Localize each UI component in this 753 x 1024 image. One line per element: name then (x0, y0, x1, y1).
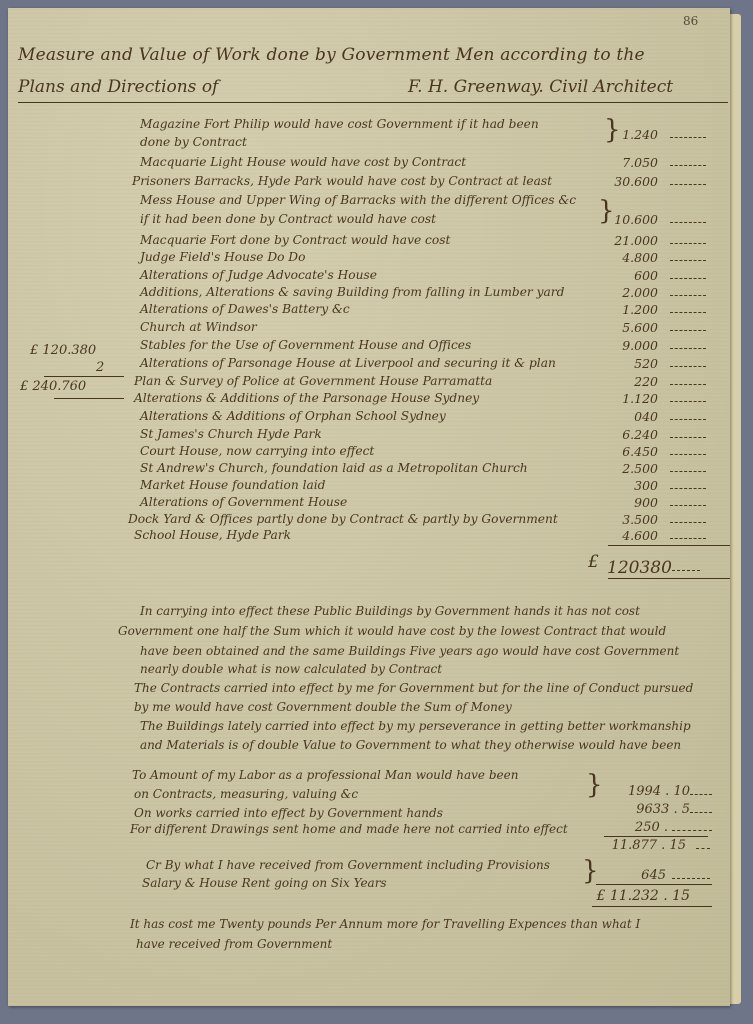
work-item: Alterations of Government House (140, 495, 347, 509)
dash-rule (670, 137, 706, 139)
currency-symbol: £ (588, 552, 599, 572)
total-underline (608, 578, 730, 579)
work-value: 30.600 (580, 174, 658, 189)
work-value: 040 (580, 409, 658, 424)
work-item: St Andrew's Church, foundation laid as a… (140, 461, 528, 475)
works-total: 120380 (607, 558, 672, 578)
margin-multiplier: 2 (96, 360, 104, 375)
work-value: 4.800 (580, 250, 658, 265)
dash-rule (670, 366, 706, 368)
dash-rule (670, 488, 706, 490)
dash-rule (670, 454, 706, 456)
dash-rule (670, 471, 706, 473)
dash-rule (670, 330, 706, 332)
work-value: 6.240 (580, 427, 658, 442)
brace: } (582, 856, 599, 886)
dash-rule (670, 538, 706, 540)
document-title-line1: Measure and Value of Work done by Govern… (18, 45, 645, 65)
credit-entry-continued: Salary & House Rent going on Six Years (142, 876, 387, 890)
credit-entry: Cr By what I have received from Governme… (146, 858, 550, 872)
subtotal-rule (604, 836, 708, 837)
footer-note-line2: have received from Government (136, 937, 332, 951)
narrative-line: nearly double what is now calculated by … (140, 660, 442, 679)
narrative-line: have been obtained and the same Building… (140, 642, 679, 661)
credit-value: 645 (600, 868, 666, 883)
dash-rule (670, 312, 706, 314)
work-value: 1.240 (580, 127, 658, 142)
account-subtotal: 11.877 . 15 (600, 838, 686, 853)
work-value: 10.600 (580, 212, 658, 227)
account-value: 9633 . 5 (600, 802, 690, 817)
work-item: Alterations of Dawes's Battery &c (140, 302, 350, 316)
account-entry-continued: on Contracts, measuring, valuing &c (134, 787, 358, 801)
dash-rule (670, 278, 706, 280)
dash-rule (670, 522, 706, 524)
footer-note-line1: It has cost me Twenty pounds Per Annum m… (130, 917, 640, 931)
dash-rule (670, 505, 706, 507)
margin-underline (54, 398, 124, 399)
dash-rule (670, 260, 706, 262)
narrative-line: In carrying into effect these Public Bui… (140, 602, 640, 621)
work-item: St James's Church Hyde Park (140, 427, 322, 441)
dash-rule (696, 848, 710, 850)
dash-rule (670, 222, 706, 224)
work-value: 300 (580, 478, 658, 493)
work-value: 520 (580, 356, 658, 371)
work-item: Dock Yard & Offices partly done by Contr… (128, 512, 558, 526)
work-value: 5.600 (580, 320, 658, 335)
work-item: Alterations of Judge Advocate's House (140, 268, 377, 282)
dash-rule (670, 348, 706, 350)
title-underline (18, 102, 728, 103)
balance-underline (592, 906, 712, 907)
work-item: Alterations & Additions of Orphan School… (140, 409, 446, 423)
dash-rule (670, 184, 706, 186)
work-item: Magazine Fort Philip would have cost Gov… (140, 117, 539, 131)
dash-rule (670, 384, 706, 386)
dash-rule (670, 165, 706, 167)
dash-rule (690, 812, 712, 814)
balance-rule (596, 884, 712, 885)
margin-sum: £ 120.380 (30, 343, 96, 358)
work-item: Plan & Survey of Police at Government Ho… (134, 374, 492, 388)
work-item: Church at Windsor (140, 320, 257, 334)
work-item: Market House foundation laid (140, 478, 325, 492)
dash-rule (670, 295, 706, 297)
dash-rule (690, 794, 712, 796)
work-item: Stables for the Use of Government House … (140, 338, 471, 352)
work-value: 21.000 (580, 233, 658, 248)
dash-rule (670, 243, 706, 245)
account-entry: To Amount of my Labor as a professional … (132, 768, 518, 782)
work-item: Alterations of Parsonage House at Liverp… (140, 356, 556, 370)
work-value: 1.120 (580, 391, 658, 406)
work-item-continued: if it had been done by Contract would ha… (140, 212, 436, 226)
margin-result: £ 240.760 (20, 379, 86, 394)
work-value: 9.000 (580, 338, 658, 353)
work-value: 7.050 (580, 155, 658, 170)
work-item: Macquarie Light House would have cost by… (140, 155, 466, 169)
narrative-line: by me would have cost Government double … (134, 698, 512, 717)
work-value: 3.500 (580, 512, 658, 527)
account-entry: On works carried into effect by Governme… (134, 806, 443, 820)
dash-rule (670, 437, 706, 439)
work-value: 220 (580, 374, 658, 389)
work-value: 600 (580, 268, 658, 283)
document-title-line2: Plans and Directions of (18, 77, 218, 97)
work-item: Judge Field's House Do Do (140, 250, 305, 264)
dash-rule (672, 570, 700, 572)
work-item: Additions, Alterations & saving Building… (140, 285, 564, 299)
account-entry: For different Drawings sent home and mad… (130, 822, 568, 836)
work-value: 6.450 (580, 444, 658, 459)
dash-rule (672, 878, 710, 880)
work-value: 900 (580, 495, 658, 510)
work-item: Alterations & Additions of the Parsonage… (134, 391, 479, 405)
dash-rule (670, 401, 706, 403)
work-item-continued: done by Contract (140, 135, 247, 149)
work-value: 2.500 (580, 461, 658, 476)
work-item: School House, Hyde Park (134, 528, 291, 542)
dash-rule (672, 830, 712, 832)
account-balance: £ 11.232 . 15 (586, 888, 690, 904)
account-value: 250 . (600, 820, 668, 835)
account-value: 1994 . 10 (600, 784, 690, 799)
work-item: Mess House and Upper Wing of Barracks wi… (140, 193, 576, 207)
work-item: Prisoners Barracks, Hyde Park would have… (132, 174, 552, 188)
work-value: 1.200 (580, 302, 658, 317)
dash-rule (670, 419, 706, 421)
work-item: Court House, now carrying into effect (140, 444, 374, 458)
architect-name: F. H. Greenway. Civil Architect (408, 77, 673, 97)
page-number: 86 (683, 14, 698, 28)
narrative-line: and Materials is of double Value to Gove… (140, 736, 681, 755)
narrative-line: The Buildings lately carried into effect… (140, 717, 691, 736)
narrative-line: Government one half the Sum which it wou… (118, 622, 666, 641)
work-item: Macquarie Fort done by Contract would ha… (140, 233, 450, 247)
work-value: 2.000 (580, 285, 658, 300)
narrative-line: The Contracts carried into effect by me … (134, 679, 693, 698)
work-value: 4.600 (580, 528, 658, 543)
total-rule (608, 545, 730, 546)
margin-rule (44, 376, 124, 377)
